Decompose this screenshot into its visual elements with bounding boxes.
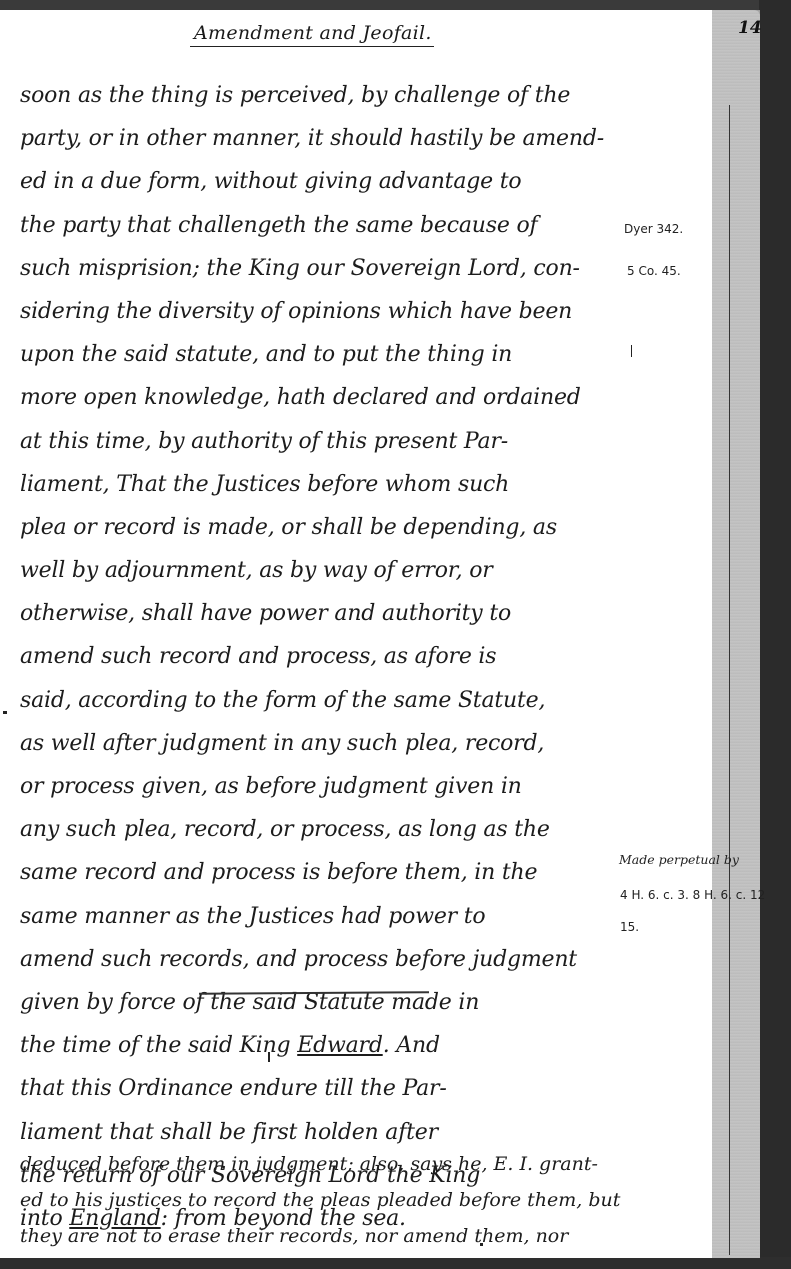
- scan-bottom-border: [0, 1257, 791, 1269]
- margin-note-chapter: 15.: [620, 920, 639, 934]
- margin-note-statutes: 4 H. 6. c. 3. 8 H. 6. c. 12: [620, 888, 765, 902]
- body-line: ed in a due form, without giving advanta…: [20, 160, 610, 203]
- body-line: soon as the thing is perceived, by chall…: [20, 74, 610, 117]
- body-line: as well after judgment in any such plea,…: [20, 722, 610, 765]
- body-line: or process given, as before judgment giv…: [20, 765, 610, 808]
- margin-citation-dyer: Dyer 342.: [624, 222, 683, 236]
- handwritten-body: soon as the thing is perceived, by chall…: [20, 74, 610, 1240]
- footnote-line: deduced before them in judgment; also, s…: [20, 1146, 760, 1182]
- body-line: upon the said statute, and to put the th…: [20, 333, 610, 376]
- underlined-name-edward: Edward: [297, 1033, 383, 1058]
- body-line: at this time, by authority of this prese…: [20, 420, 610, 463]
- body-line: any such plea, record, or process, as lo…: [20, 808, 610, 851]
- body-line: party, or in other manner, it should has…: [20, 117, 610, 160]
- body-line: such misprision; the King our Sovereign …: [20, 247, 610, 290]
- body-line: plea or record is made, or shall be depe…: [20, 506, 610, 549]
- body-line: same manner as the Justices had power to: [20, 895, 610, 938]
- stray-mark: [631, 345, 632, 357]
- body-line: well by adjournment, as by way of error,…: [20, 549, 610, 592]
- stray-mark: [268, 1052, 270, 1062]
- margin-citation-coke: 5 Co. 45.: [627, 264, 681, 278]
- body-line-text: the time of the said King: [20, 1033, 297, 1058]
- body-line: more open knowledge, hath declared and o…: [20, 376, 610, 419]
- body-line: amend such records, and process before j…: [20, 938, 610, 981]
- scan-right-border: [759, 0, 791, 1269]
- body-line-edward: the time of the said King Edward. And: [20, 1024, 610, 1067]
- footnote-line: ed to his justices to record the pleas p…: [20, 1182, 760, 1218]
- footnote-line: they are not to erase their records, nor…: [20, 1218, 760, 1254]
- body-line-tail: . And: [383, 1033, 440, 1058]
- body-line: same record and process is before them, …: [20, 851, 610, 894]
- body-line: sidering the diversity of opinions which…: [20, 290, 610, 333]
- stray-mark: [3, 711, 7, 714]
- margin-note-perpetual: Made perpetual by: [619, 852, 739, 867]
- footnote-text: deduced before them in judgment; also, s…: [20, 1146, 760, 1254]
- body-line: otherwise, shall have power and authorit…: [20, 592, 610, 635]
- body-line: said, according to the form of the same …: [20, 679, 610, 722]
- body-line: given by force of the said Statute made …: [20, 981, 610, 1024]
- page-edge-line: [729, 105, 730, 1255]
- body-line: that this Ordinance endure till the Par-: [20, 1067, 610, 1110]
- page-title: Amendment and Jeofail.: [190, 22, 434, 47]
- page-edge-shadow: [712, 10, 760, 1258]
- body-line: liament, That the Justices before whom s…: [20, 463, 610, 506]
- body-line: amend such record and process, as afore …: [20, 635, 610, 678]
- body-line: the party that challengeth the same beca…: [20, 204, 610, 247]
- page-number: 14: [738, 18, 762, 38]
